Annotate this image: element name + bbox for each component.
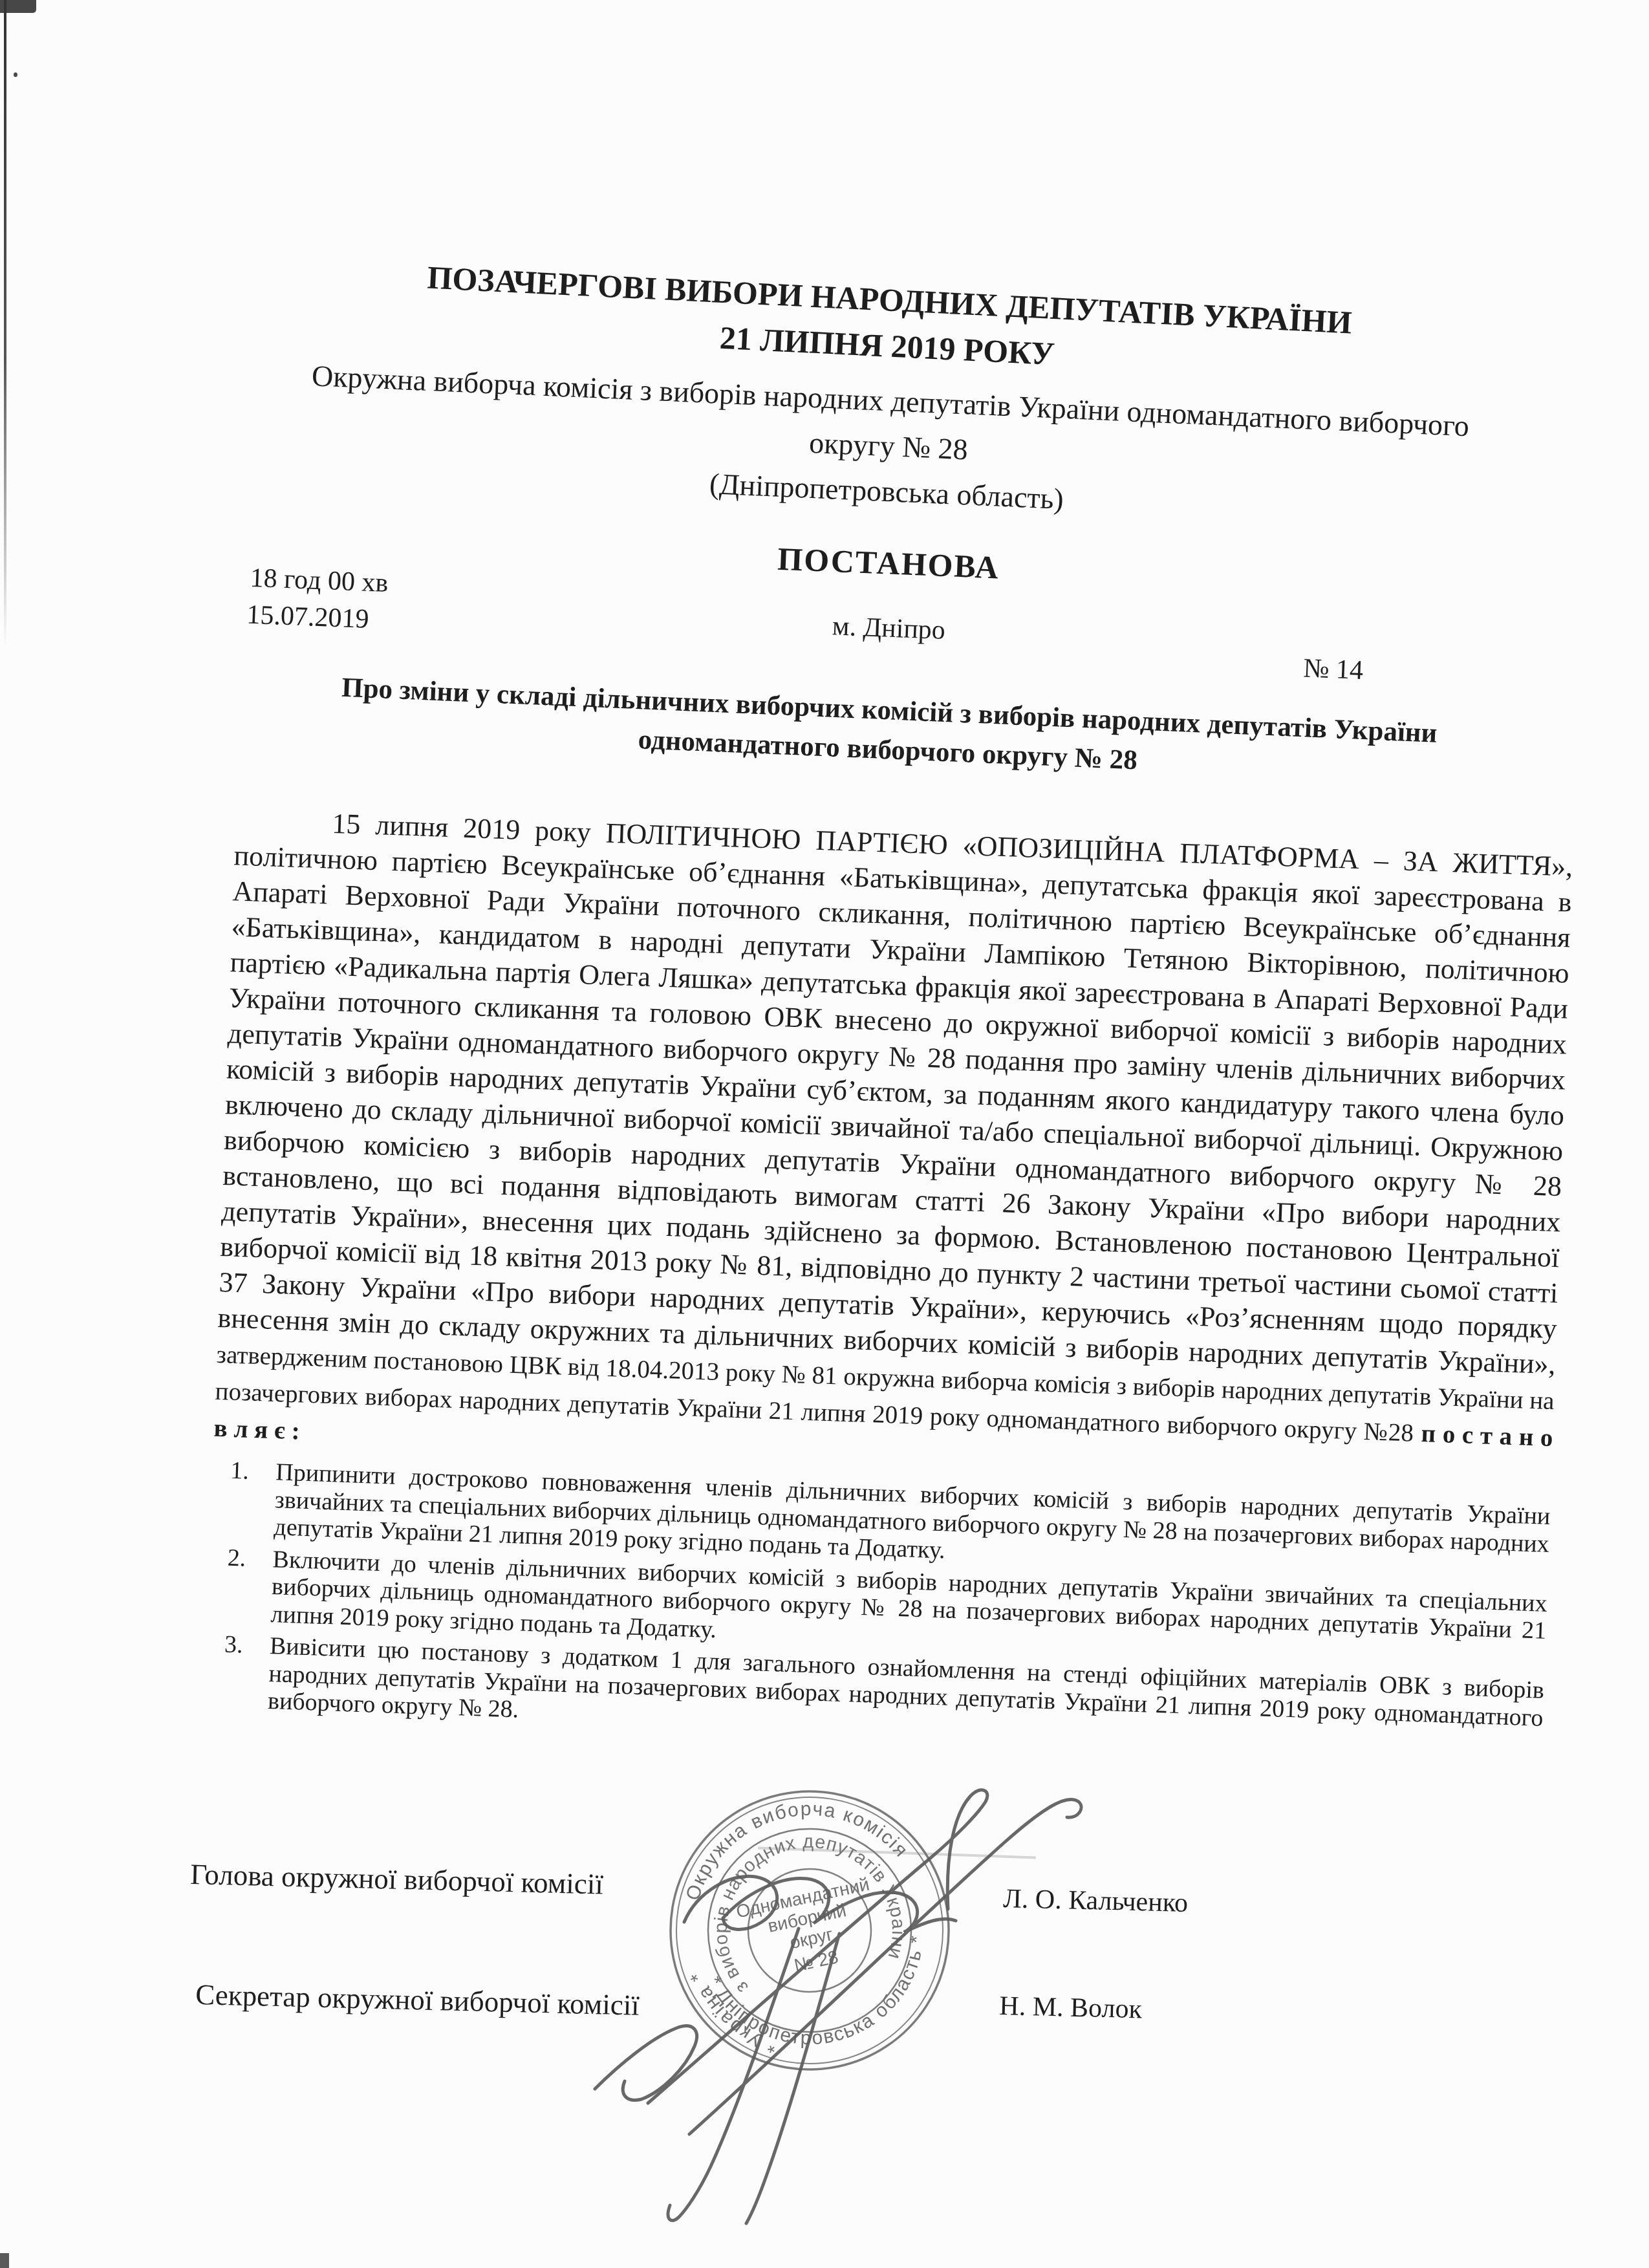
signature-loops: [595, 2026, 697, 2101]
signature-long-stroke: [648, 1790, 987, 2103]
scanned-decree-page: ПОЗАЧЕРГОВІ ВИБОРИ НАРОДНИХ ДЕПУТАТІВ УК…: [0, 0, 1649, 2268]
signature-descender: [668, 1928, 799, 2221]
signature-long-stroke-2: [689, 1800, 1081, 2134]
handwritten-signature-strokes: [0, 0, 1649, 2268]
